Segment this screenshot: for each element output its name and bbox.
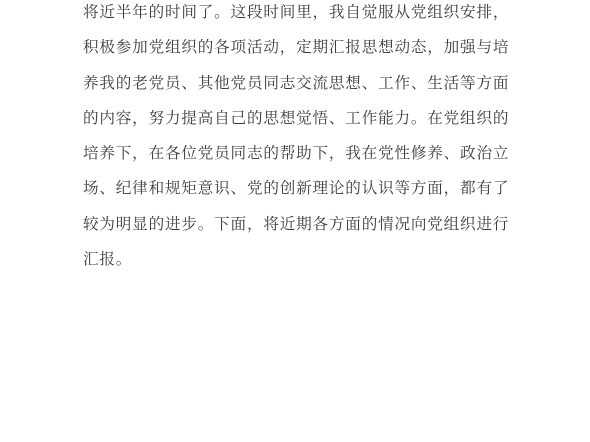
paragraph-line: 培养下，在各位党员同志的帮助下，我在党性修养、政治立 <box>83 143 523 163</box>
paragraph-line: 较为明显的进步。下面，将近期各方面的情况向党组织进行 <box>83 214 523 234</box>
paragraph-line: 场、纪律和规矩意识、党的创新理论的认识等方面，都有了 <box>83 178 523 198</box>
paragraph-line: 养我的老党员、其他党员同志交流思想、工作、生活等方面 <box>83 73 523 93</box>
paragraph-line: 汇报。 <box>83 249 523 269</box>
paragraph-line: 积极参加党组织的各项活动，定期汇报思想动态，加强与培 <box>83 37 523 57</box>
paragraph-line: 将近半年的时间了。这段时间里，我自觉服从党组织安排， <box>83 2 523 22</box>
paragraph-line: 的内容，努力提高自己的思想觉悟、工作能力。在党组织的 <box>83 108 523 128</box>
document-page: 将近半年的时间了。这段时间里，我自觉服从党组织安排， 积极参加党组织的各项活动，… <box>0 0 590 442</box>
